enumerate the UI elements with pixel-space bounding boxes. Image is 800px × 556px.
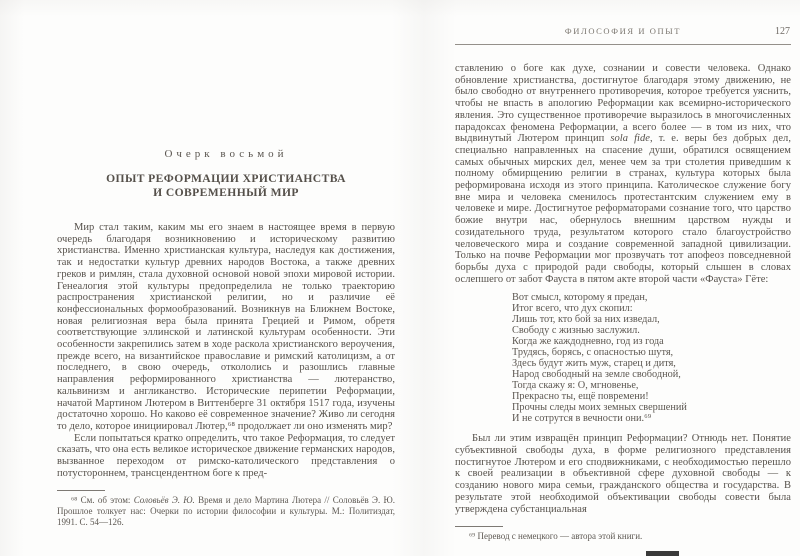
- footnote: ⁶⁸ См. об этом: Соловьёв Э. Ю. Время и д…: [57, 495, 395, 527]
- poem-line: Прекрасно ты, ещё повремени!: [512, 391, 791, 402]
- footnote: ⁶⁹ Перевод с немецкого — автора этой кни…: [455, 531, 791, 542]
- poem-line: Свободу с жизнью заслужил.: [512, 325, 791, 336]
- paragraph-text: ставлению о боге как духе, сознании и со…: [455, 63, 791, 144]
- running-head-row: ФИЛОСОФИЯ И ОПЫТ 127: [455, 26, 791, 45]
- body-paragraph: ставлению о боге как духе, сознании и со…: [455, 63, 791, 285]
- poem-line: Здесь будут жить муж, старец и дитя,: [512, 358, 791, 369]
- poem-line: Прочны следы моих земных свершений: [512, 402, 791, 413]
- poem-line: Итог всего, что дух скопил:: [512, 303, 791, 314]
- footnote-separator: [57, 490, 105, 491]
- poem-block: Вот смысл, которому я предан, Итог всего…: [512, 292, 791, 424]
- poem-line: Народ свободный на земле свободной,: [512, 369, 791, 380]
- left-page: Очерк восьмой ОПЫТ РЕФОРМАЦИИ ХРИСТИАНСТ…: [57, 148, 395, 527]
- page-number: 127: [775, 26, 790, 37]
- footnote-text: ⁶⁸ См. об этом:: [71, 495, 134, 505]
- chapter-title-line1: ОПЫТ РЕФОРМАЦИИ ХРИСТИАНСТВА: [57, 172, 395, 186]
- footnote-author-italic: Соловьёв Э. Ю.: [134, 495, 195, 505]
- body-paragraph: Был ли этим извращён принцип Реформации?…: [455, 433, 791, 515]
- poem-line: И не сотрутся в вечности они.⁶⁹: [512, 413, 791, 424]
- footnote-separator: [455, 526, 503, 527]
- body-paragraph: Мир стал таким, каким мы его знаем в нас…: [57, 222, 395, 433]
- poem-line: Тогда скажу я: О, мгновенье,: [512, 380, 791, 391]
- chapter-heading: Очерк восьмой: [57, 148, 395, 160]
- latin-term-italic: sola fide: [610, 133, 650, 144]
- chapter-title: ОПЫТ РЕФОРМАЦИИ ХРИСТИАНСТВА И СОВРЕМЕНН…: [57, 172, 395, 200]
- book-spread-photo: Очерк восьмой ОПЫТ РЕФОРМАЦИИ ХРИСТИАНСТ…: [0, 0, 800, 556]
- poem-line: Трудясь, борясь, с опасностью шутя,: [512, 347, 791, 358]
- poem-line: Лишь тот, кто бой за них изведал,: [512, 314, 791, 325]
- body-paragraph: Если попытаться кратко определить, что т…: [57, 433, 395, 480]
- right-page: ФИЛОСОФИЯ И ОПЫТ 127 ставлению о боге ка…: [455, 26, 791, 542]
- poem-line: Когда же каждодневно, год из года: [512, 336, 791, 347]
- photo-artifact-mark: [646, 551, 679, 556]
- paragraph-text: , т. е. веры без добрых дел, специально …: [455, 133, 791, 284]
- poem-line: Вот смысл, которому я предан,: [512, 292, 791, 303]
- chapter-title-line2: И СОВРЕМЕННЫЙ МИР: [57, 186, 395, 200]
- running-head: ФИЛОСОФИЯ И ОПЫТ: [455, 26, 791, 36]
